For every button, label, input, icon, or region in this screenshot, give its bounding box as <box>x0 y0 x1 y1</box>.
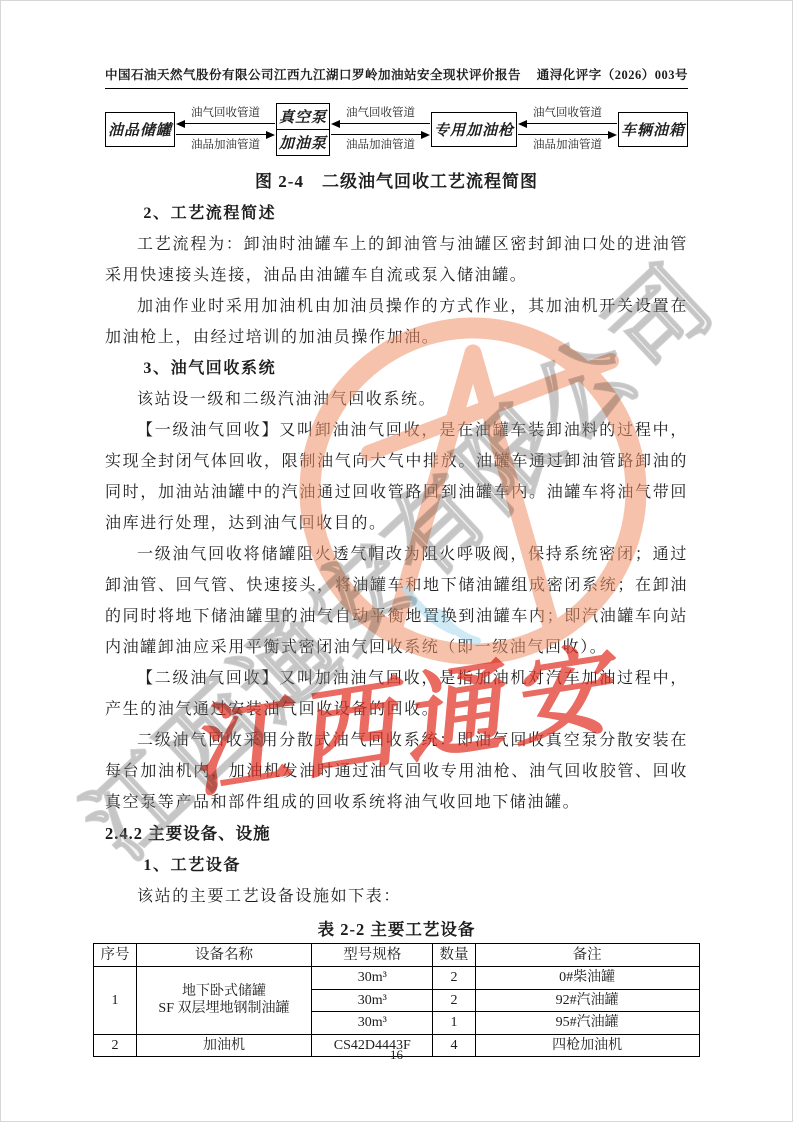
header-report-title: 中国石油天然气股份有限公司江西九江湖口罗岭加油站安全现状评价报告 <box>105 65 521 83</box>
tank-name-line2: SF 双层埋地钢制油罐 <box>139 1000 310 1018</box>
header-doc-number: 通浔化评字（2026）003号 <box>537 65 688 83</box>
fuel-pipe-label: 油品加油管道 <box>518 139 617 151</box>
paragraph: 一级油气回收将储罐阻火透气帽改为阻火呼吸阀，保持系统密闭；通过卸油管、回气管、快… <box>105 539 688 663</box>
arrow-left-icon <box>331 120 430 128</box>
diagram-box-vehicle-tank: 车辆油箱 <box>618 112 688 147</box>
cell-note: 92#汽油罐 <box>475 989 699 1012</box>
diagram-box-storage-tank: 油品储罐 <box>105 112 175 147</box>
heading-vapor-recovery: 3、油气回收系统 <box>105 353 688 384</box>
vacuum-pump-label: 真空泵 <box>277 104 329 129</box>
figure-caption: 图 2-4 二级油气回收工艺流程简图 <box>105 167 688 192</box>
paragraph: 【二级油气回收】又叫加油油气回收，是指加油机对汽车加油过程中，产生的油气通过安装… <box>105 663 688 725</box>
cell-model: 30m³ <box>312 1012 433 1035</box>
cell-no: 1 <box>94 967 136 1035</box>
vapor-pipe-label: 油气回收管道 <box>176 107 275 119</box>
col-header-note: 备注 <box>475 944 699 967</box>
col-header-no: 序号 <box>94 944 136 967</box>
body-text: 2、工艺流程简述 工艺流程为：卸油时油罐车上的卸油管与油罐区密封卸油口处的进油管… <box>105 198 688 912</box>
table-caption: 表 2-2 主要工艺设备 <box>105 916 688 940</box>
col-header-qty: 数量 <box>433 944 475 967</box>
page-number: 16 <box>1 1047 792 1063</box>
fuel-pipe-label: 油品加油管道 <box>331 139 430 151</box>
paragraph: 该站的主要工艺设备设施如下表： <box>105 881 688 912</box>
fuel-pump-label: 加油泵 <box>277 129 329 155</box>
equipment-table: 序号 设备名称 型号规格 数量 备注 1 地下卧式储罐 SF 双层埋地钢制油罐 … <box>93 943 699 1057</box>
arrow-right-icon <box>331 131 430 139</box>
diagram-connector: 油气回收管道 油品加油管道 <box>175 107 276 150</box>
heading-process-equipment: 1、工艺设备 <box>105 850 688 881</box>
col-header-name: 设备名称 <box>136 944 312 967</box>
document-page: 中国石油天然气股份有限公司江西九江湖口罗岭加油站安全现状评价报告 通浔化评字（2… <box>0 0 793 1122</box>
cell-model: 30m³ <box>312 989 433 1012</box>
heading-process-description: 2、工艺流程简述 <box>105 198 688 229</box>
paragraph: 加油作业时采用加油机由加油员操作的方式作业，其加油机开关设置在加油枪上，由经过培… <box>105 291 688 353</box>
paragraph: 该站设一级和二级汽油油气回收系统。 <box>105 384 688 415</box>
arrow-right-icon <box>518 131 617 139</box>
cell-note: 95#汽油罐 <box>475 1012 699 1035</box>
arrow-left-icon <box>518 120 617 128</box>
table-row: 1 地下卧式储罐 SF 双层埋地钢制油罐 30m³ 2 0#柴油罐 <box>94 967 699 990</box>
cell-qty: 2 <box>433 989 475 1012</box>
fuel-pipe-label: 油品加油管道 <box>176 139 275 151</box>
paragraph: 工艺流程为：卸油时油罐车上的卸油管与油罐区密封卸油口处的进油管采用快速接头连接，… <box>105 229 688 291</box>
arrow-left-icon <box>176 120 275 128</box>
diagram-connector: 油气回收管道 油品加油管道 <box>330 107 431 150</box>
cell-qty: 1 <box>433 1012 475 1035</box>
cell-model: 30m³ <box>312 967 433 990</box>
diagram-box-pumps: 真空泵 加油泵 <box>276 103 330 156</box>
cell-note: 0#柴油罐 <box>475 967 699 990</box>
vapor-pipe-label: 油气回收管道 <box>518 107 617 119</box>
process-flow-diagram: 油品储罐 油气回收管道 油品加油管道 真空泵 加油泵 油气回收管道 <box>105 101 688 157</box>
cell-qty: 2 <box>433 967 475 990</box>
page-header: 中国石油天然气股份有限公司江西九江湖口罗岭加油站安全现状评价报告 通浔化评字（2… <box>105 1 688 89</box>
col-header-model: 型号规格 <box>312 944 433 967</box>
diagram-connector: 油气回收管道 油品加油管道 <box>517 107 618 150</box>
tank-name-line1: 地下卧式储罐 <box>139 983 310 1001</box>
table-header-row: 序号 设备名称 型号规格 数量 备注 <box>94 944 699 967</box>
vapor-pipe-label: 油气回收管道 <box>331 107 430 119</box>
paragraph: 二级油气回收采用分散式油气回收系统：即油气回收真空泵分散安装在每台加油机内，加油… <box>105 725 688 818</box>
arrow-right-icon <box>176 131 275 139</box>
heading-section-242: 2.4.2 主要设备、设施 <box>105 818 688 850</box>
paragraph: 【一级油气回收】又叫卸油油气回收，是在油罐车装卸油料的过程中，实现全封闭气体回收… <box>105 415 688 539</box>
cell-equipment-name: 地下卧式储罐 SF 双层埋地钢制油罐 <box>136 967 312 1035</box>
diagram-box-nozzle: 专用加油枪 <box>431 112 517 147</box>
